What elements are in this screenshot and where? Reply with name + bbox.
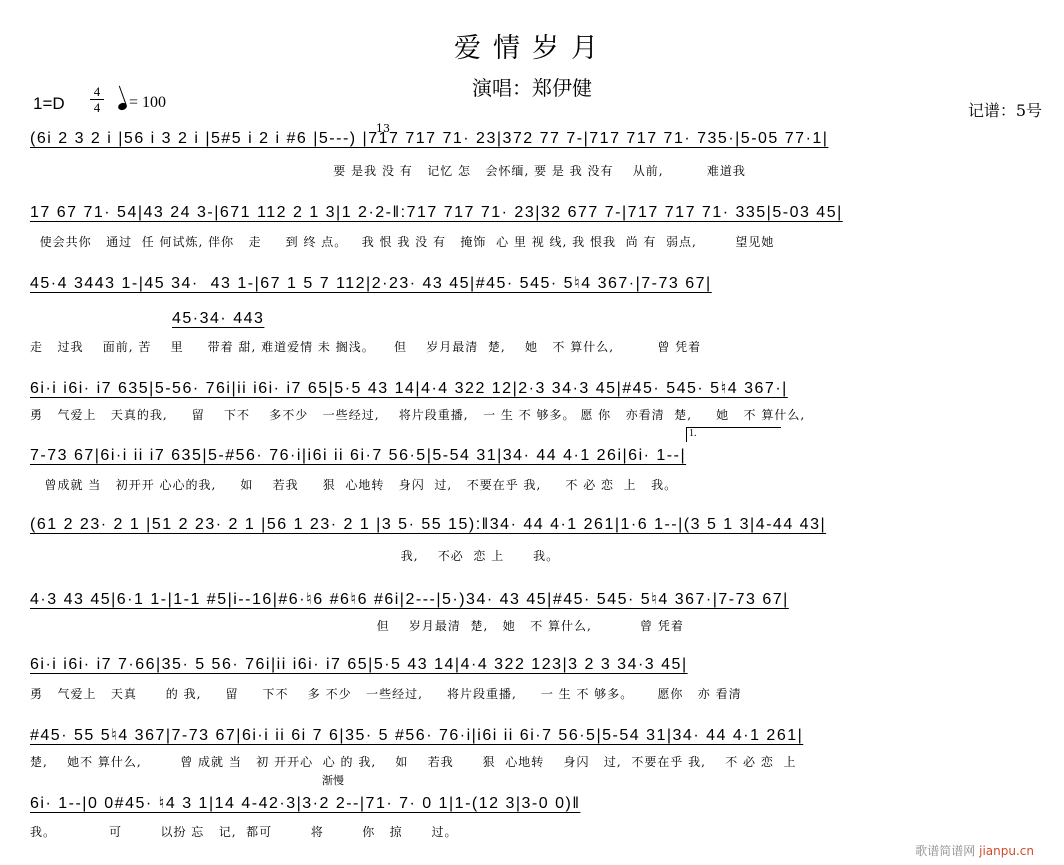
ritardando-mark: 渐慢 bbox=[322, 772, 344, 788]
notes: 45·4 3443 1-|45 34· 43 1-|67 1 5 7 112|2… bbox=[30, 275, 712, 292]
lyric-line-4: 勇 气爱上 天真的我, 留 下不 多不少 一些经过, 将片段重播, 一 生 不 … bbox=[30, 406, 805, 423]
notes: (61 2 23· 2 1 |51 2 23· 2 1 |56 1 23· 2 … bbox=[30, 516, 826, 533]
watermark: 歌谱简谱网 jianpu.cn bbox=[915, 842, 1034, 859]
notes: 6i·i i6i· i7 7·66|35· 5 56· 76i|ii i6i· … bbox=[30, 656, 688, 673]
score-line-6: (61 2 23· 2 1 |51 2 23· 2 1 |56 1 23· 2 … bbox=[30, 516, 826, 534]
score-line-3-alt: 45·34· 443 bbox=[172, 310, 264, 328]
tempo-value: = 100 bbox=[129, 94, 166, 111]
lyric-line-9: 楚, 她不 算什么, 曾 成就 当 初 开开心 心 的 我, 如 若我 狠 心地… bbox=[30, 753, 797, 770]
watermark-en: jianpu.cn bbox=[979, 844, 1034, 858]
score-line-7: 4·3 43 45|6·1 1-|1-1 #5|i--16|#6·♮6 #6♮6… bbox=[30, 589, 789, 609]
lyric-line-10: 我。 可 以扮 忘 记, 都可 将 你 掠 过。 bbox=[30, 823, 458, 840]
score-line-8: 6i·i i6i· i7 7·66|35· 5 56· 76i|ii i6i· … bbox=[30, 656, 688, 674]
score-line-9: #45· 55 5♮4 367|7-73 67|6i·i ii 6i 7 6|3… bbox=[30, 725, 803, 745]
volta-bracket: 1. bbox=[686, 427, 781, 442]
notes: 6i· 1--|0 0#45· ♮4 3 1|14 4-42·3|3·2 2--… bbox=[30, 795, 580, 812]
lyric-line-8: 勇 气爱上 天真 的 我, 留 下不 多 不少 一些经过, 将片段重播, 一 生… bbox=[30, 685, 742, 702]
watermark-cn: 歌谱简谱网 bbox=[915, 844, 975, 858]
notes: #45· 55 5♮4 367|7-73 67|6i·i ii 6i 7 6|3… bbox=[30, 727, 803, 744]
quarter-note-icon bbox=[117, 102, 128, 112]
score-line-2: 17 67 71· 54|43 24 3-|671 112 2 1 3|1 2·… bbox=[30, 204, 843, 222]
time-signature-top: 4 bbox=[90, 84, 104, 99]
notes: 6i·i i6i· i7 635|5-56· 76i|ii i6i· i7 65… bbox=[30, 380, 788, 397]
lyric-line-6: 我, 不必 恋 上 我。 bbox=[30, 547, 559, 564]
notator-credit: 记谱：5号 bbox=[968, 98, 1042, 121]
notes: (6i 2 3 2 i |56 i 3 2 i |5#5 i 2 i #6 |5… bbox=[30, 130, 828, 147]
lyric-line-2: 使会共你 通过 任 何试炼, 伴你 走 到 终 点。 我 恨 我 没 有 掩饰 … bbox=[30, 233, 774, 250]
time-signature-bottom: 4 bbox=[90, 100, 104, 115]
lyric-line-5: 曾成就 当 初开开 心心的我, 如 若我 狠 心地转 身闪 过, 不要在乎 我,… bbox=[30, 476, 677, 493]
score-line-1: (6i 2 3 2 i |56 i 3 2 i |5#5 i 2 i #6 |5… bbox=[30, 130, 828, 148]
song-title: 爱情岁月 bbox=[0, 26, 1064, 65]
lyric-line-3: 走 过我 面前, 苦 里 带着 甜, 难道爱情 未 搁浅。 但 岁月最清 楚, … bbox=[30, 338, 701, 355]
lyric-line-1: 要 是我 没 有 记忆 怎 会怀缅, 要 是 我 没有 从前, 难道我 bbox=[30, 162, 746, 179]
score-line-3: 45·4 3443 1-|45 34· 43 1-|67 1 5 7 112|2… bbox=[30, 273, 712, 293]
notes: 4·3 43 45|6·1 1-|1-1 #5|i--16|#6·♮6 #6♮6… bbox=[30, 591, 789, 608]
notes: 7-73 67|6i·i ii i7 635|5-#56· 76·i|i6i i… bbox=[30, 447, 686, 464]
notes: 45·34· 443 bbox=[172, 310, 264, 327]
score-line-5: 7-73 67|6i·i ii i7 635|5-#56· 76·i|i6i i… bbox=[30, 447, 686, 465]
time-signature: 4 4 bbox=[90, 84, 104, 115]
key-signature: 1=D bbox=[33, 94, 65, 114]
tempo-marking: = 100 bbox=[118, 94, 166, 112]
notes: 17 67 71· 54|43 24 3-|671 112 2 1 3|1 2·… bbox=[30, 204, 843, 221]
lyric-line-7: 但 岁月最清 楚, 她 不 算什么, 曾 凭着 bbox=[30, 617, 684, 634]
score-line-10: 6i· 1--|0 0#45· ♮4 3 1|14 4-42·3|3·2 2--… bbox=[30, 793, 580, 813]
score-line-4: 6i·i i6i· i7 635|5-56· 76i|ii i6i· i7 65… bbox=[30, 378, 788, 398]
